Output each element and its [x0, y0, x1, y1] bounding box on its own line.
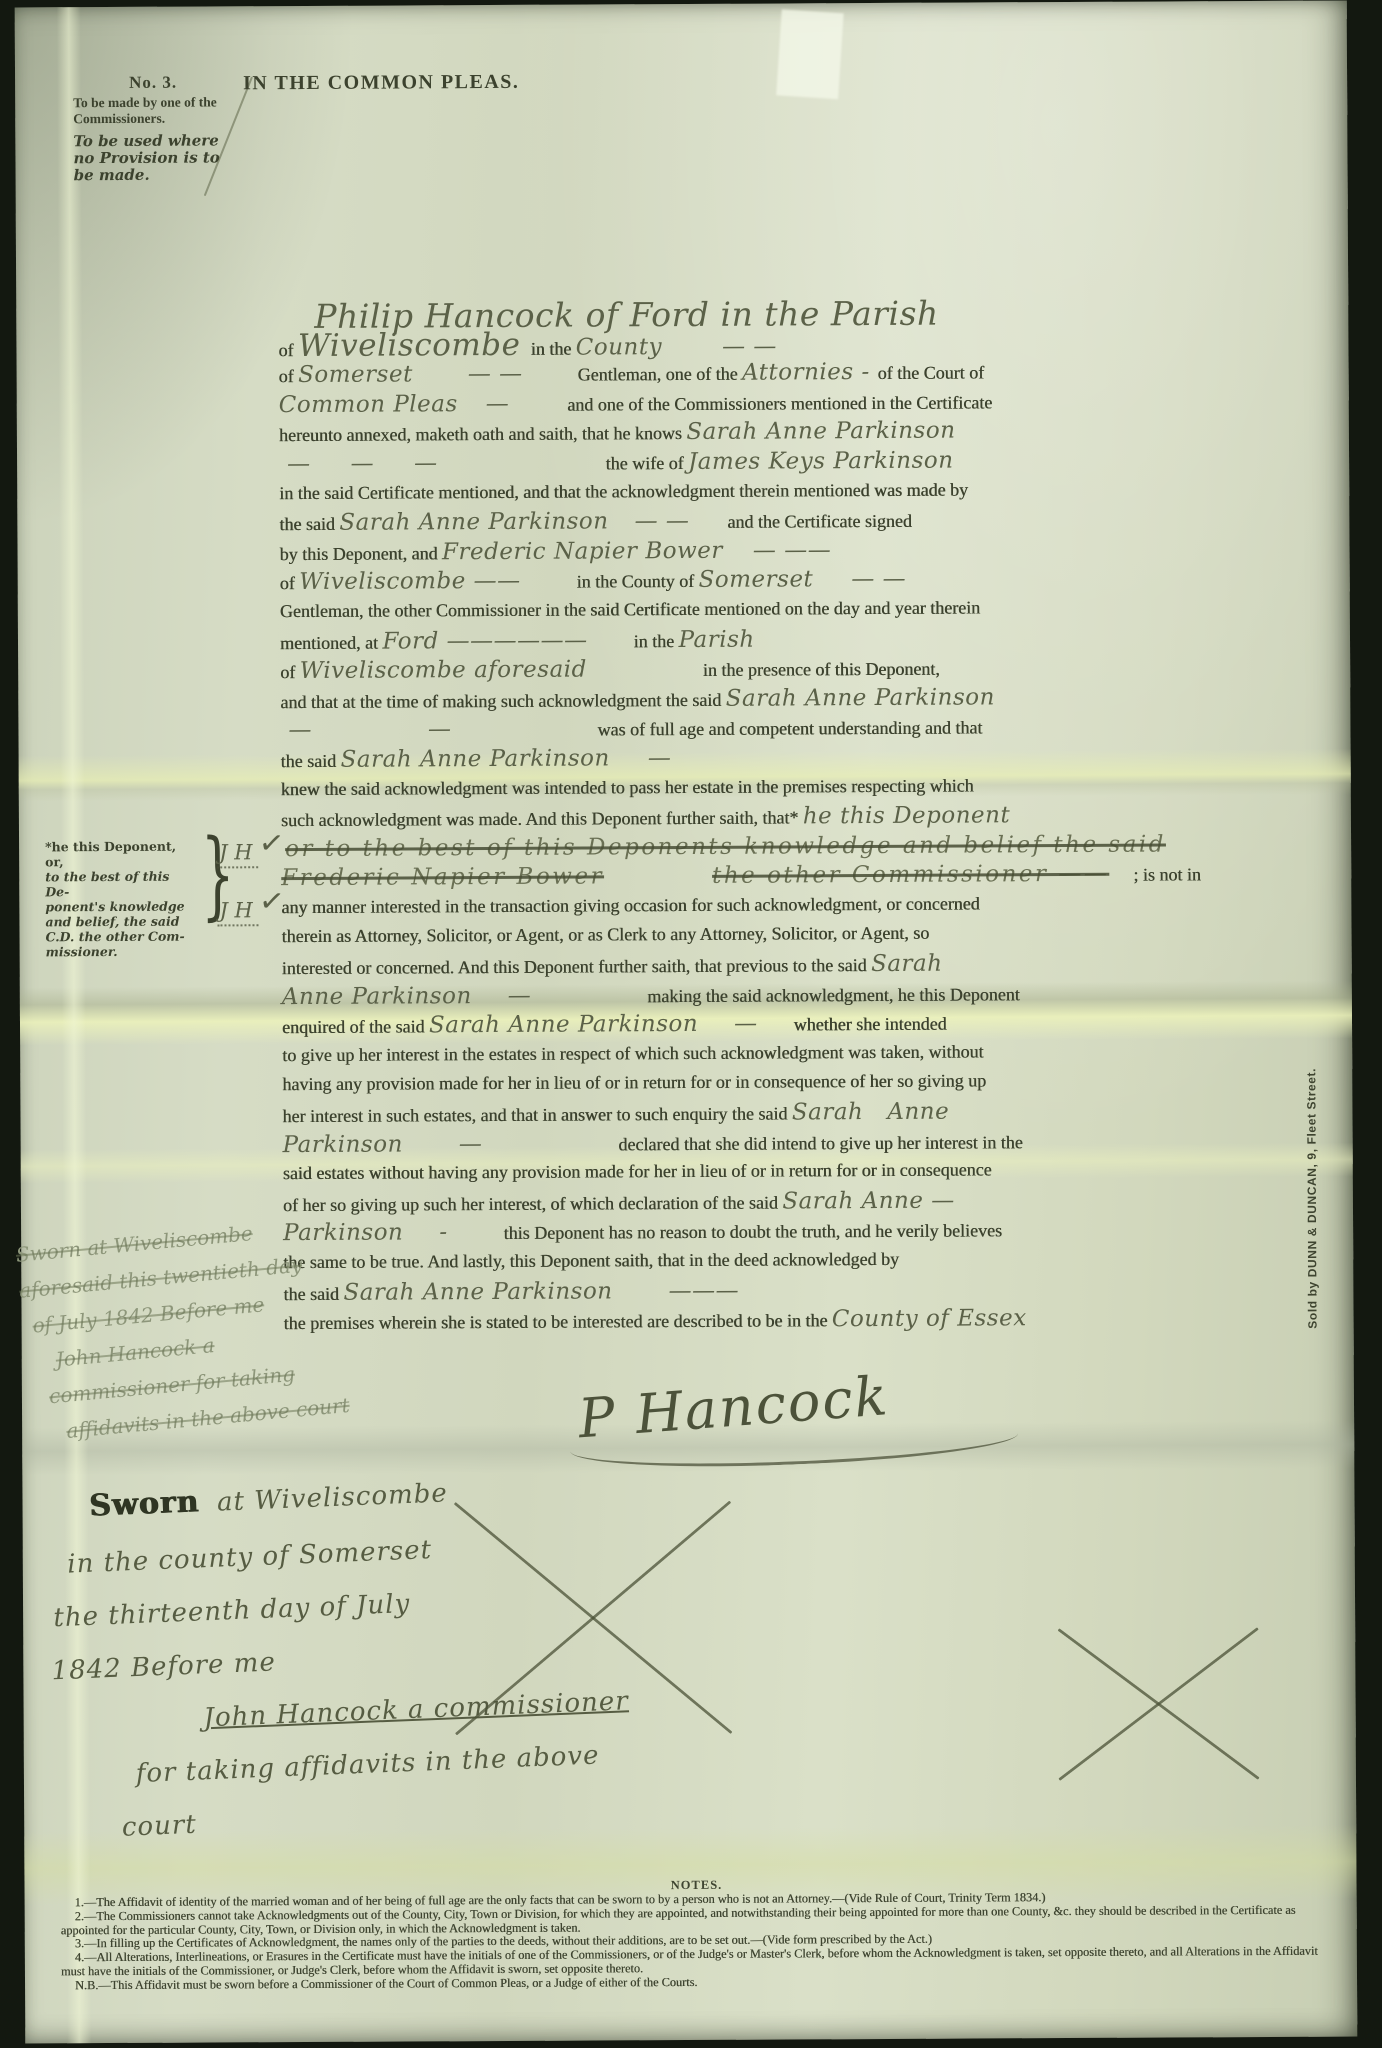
printed-text: any manner interested in the transaction… [281, 893, 979, 917]
printed-text: declared that she did intend to give up … [618, 1132, 1022, 1154]
notes-items: 1.—The Affidavit of identity of the marr… [61, 1890, 1333, 1993]
body-line: Parkinson-this Deponent has no reason to… [283, 1215, 1053, 1249]
body-line: by this Deponent, and Frederic Napier Bo… [279, 535, 1049, 569]
printed-text: the premises wherein she is stated to be… [284, 1310, 832, 1333]
spacer [311, 470, 351, 471]
body-line: of Wiveliscombe aforesaidin the presence… [280, 653, 1050, 687]
notes-section: NOTES. 1.—The Affidavit of identity of t… [60, 1875, 1333, 1993]
spacer [613, 1297, 669, 1298]
handwritten-text: — — [634, 508, 689, 534]
printed-text: hereunto annexed, maketh oath and saith,… [279, 423, 686, 445]
body-line: ———the wife of James Keys Parkinson [287, 446, 1049, 480]
handwritten-text: County [576, 334, 662, 360]
body-line: having any provision made for her in lie… [282, 1068, 1052, 1102]
body-line: Gentleman, the other Commissioner in the… [280, 594, 1050, 628]
handwritten-text: Sarah Anne — [782, 1187, 955, 1214]
handwritten-text: — [428, 717, 452, 743]
spacer [813, 585, 851, 586]
margin-note-line: C.D. the other Com- [46, 929, 196, 945]
handwritten-text: Parkinson [283, 1131, 403, 1158]
handwritten-text: — — [851, 566, 906, 592]
margin-initials: J H✓J H✓ [217, 832, 284, 948]
handwritten-text: Parish [678, 626, 754, 652]
body-line: or to the best of this Deponents knowled… [285, 831, 1051, 865]
spacer [723, 556, 753, 557]
body-line: and that at the time of making such ackn… [280, 683, 1050, 717]
spacer [521, 587, 577, 588]
handwritten-text: - [439, 1220, 447, 1246]
handwritten-text: County of Essex [832, 1305, 1027, 1332]
printed-text: in the presence of this Deponent, [703, 659, 940, 680]
struck-handwritten-text: or to the best of this Deponents knowled… [285, 831, 1166, 862]
spacer [531, 1001, 647, 1003]
body-line: the premises wherein she is stated to be… [283, 1304, 1053, 1338]
spacer [758, 1030, 794, 1031]
parchment-page: No. 3. To be made by one of the Commissi… [15, 1, 1358, 2044]
margin-printed-note: *he this Deponent, or,to the best of thi… [45, 839, 196, 960]
handwritten-text: Somerset [298, 362, 413, 389]
handwritten-text: — [287, 451, 311, 477]
printed-text: of [280, 662, 300, 682]
margin-note-line: and belief, the said [45, 914, 195, 930]
printed-text: knew the said acknowledgment was intende… [281, 775, 974, 799]
handwritten-text: Wiveliscombe —— [299, 568, 521, 595]
handwritten-text: Sarah Anne Parkinson [429, 1011, 698, 1038]
printed-text: to give up her interest in the estates i… [282, 1041, 983, 1065]
body-line: therein as Attorney, Solicitor, or Agent… [281, 920, 1051, 954]
spacer [438, 468, 606, 470]
printed-text: her interest in such estates, and that i… [282, 1103, 791, 1126]
struck-handwritten-text: Frederic Napier Bower [281, 864, 604, 892]
handwritten-text: — — [468, 361, 523, 387]
printed-text: ; is not in [1133, 865, 1201, 885]
body-line: the same to be true. And lastly, this De… [283, 1245, 1053, 1279]
printed-text: and the Certificate signed [727, 511, 912, 532]
handwritten-text: Attornies - [742, 359, 878, 386]
spacer [610, 764, 648, 765]
body-line: ——was of full age and competent understa… [288, 712, 1050, 746]
spacer [698, 1030, 734, 1031]
body-line: Frederic Napier Bowerthe other Commissio… [281, 860, 1051, 894]
form-instruction-1: To be made by one of the Commissioners. [73, 94, 233, 127]
handwritten-text: Sarah Anne Parkinson [341, 745, 610, 772]
body-line: hereunto annexed, maketh oath and saith,… [279, 416, 1049, 450]
spacer [451, 735, 597, 737]
form-number: No. 3. [73, 72, 233, 93]
court-title: IN THE COMMON PLEAS. [243, 71, 519, 95]
handwritten-text: — [648, 745, 672, 771]
check-flourish: ✓ [257, 825, 287, 863]
body-line: knew the said acknowledgment was intende… [281, 772, 1051, 806]
body-line: the said Sarah Anne Parkinson— —and the … [279, 505, 1049, 539]
body-line: Common Pleas—and one of the Commissioner… [279, 387, 1049, 421]
spacer [509, 409, 567, 410]
spacer [403, 1239, 439, 1240]
jurat-place: at Wiveliscombe [216, 1478, 448, 1517]
printed-text: making the said acknowledgment, he this … [647, 984, 1020, 1006]
handwritten-text: James Keys Parkinson [688, 448, 954, 475]
spacer [587, 675, 703, 677]
printed-text: the said [281, 751, 341, 771]
body-line: her interest in such estates, and that i… [282, 1097, 1052, 1131]
spacer [413, 380, 468, 381]
spacer [458, 410, 486, 411]
printed-text: whether she intended [794, 1014, 947, 1035]
printed-text: this Deponent has no reason to doubt the… [504, 1221, 1002, 1244]
printed-text: Gentleman, the other Commissioner in the… [280, 597, 980, 621]
spacer [689, 527, 727, 528]
body-line: of Wiveliscombe in the County— — [278, 328, 1048, 362]
body-line: said estates without having any provisio… [283, 1156, 1053, 1190]
printed-text: mentioned, at [280, 632, 383, 653]
printed-text: such acknowledgment was made. And this D… [281, 807, 803, 830]
handwritten-text: he this Deponent [803, 802, 1011, 829]
body-line: in the said Certificate mentioned, and t… [279, 476, 1049, 510]
printed-text: in the said Certificate mentioned, and t… [279, 479, 968, 503]
sworn-label: Sworn [88, 1484, 199, 1523]
spacer [374, 469, 414, 470]
spacer [482, 1149, 618, 1151]
handwritten-text: Sarah [871, 951, 943, 977]
handwritten-text: Common Pleas [279, 391, 458, 418]
cancelled-margin-jurat: Sworn at Wiveliscombeaforesaid this twen… [14, 1209, 333, 1452]
handwritten-text: — — [722, 333, 777, 359]
form-number-box: No. 3. To be made by one of the Commissi… [73, 72, 234, 184]
handwritten-text: — [508, 982, 532, 1008]
paper-patch [776, 9, 843, 99]
commissioner-initials: J H [217, 840, 259, 868]
initials-row: J H✓ [217, 890, 284, 948]
body-line: of her so giving up such her interest, o… [283, 1186, 1053, 1220]
spacer [588, 646, 634, 647]
printed-text: was of full age and competent understand… [597, 718, 982, 740]
handwritten-text: ——— [669, 1277, 740, 1303]
spacer [472, 1002, 508, 1003]
jurat-lines: in the county of Somersetthe thirteenth … [48, 1516, 634, 1857]
handwritten-text: Sarah Anne Parkinson [343, 1278, 612, 1305]
handwritten-text: Sarah Anne Parkinson [339, 509, 608, 536]
printed-text: having any provision made for her in lie… [282, 1071, 986, 1095]
commissioner-initials: J H [217, 898, 259, 926]
jurat-block: Sworn at Wiveliscombe in the county of S… [46, 1460, 634, 1857]
handwritten-text: Sarah Anne Parkinson [686, 418, 955, 445]
scanned-affidavit-document: { "palette": { "backdrop": "#131810", "i… [0, 0, 1382, 2048]
spacer [604, 882, 712, 884]
body-line: of Wiveliscombe ——in the County of Somer… [280, 564, 1050, 598]
body-line: such acknowledgment was made. And this D… [281, 801, 1051, 835]
affidavit-body: Philip Hancock of Ford in the Parishof W… [278, 298, 1053, 1338]
printed-text: interested or concerned. And this Depone… [282, 955, 871, 978]
handwritten-text: — [486, 391, 510, 417]
body-line: the said Sarah Anne Parkinson——— [283, 1275, 1053, 1309]
printed-text: the said [279, 514, 339, 534]
handwritten-text: — [288, 717, 312, 743]
handwritten-text: Anne Parkinson [282, 983, 472, 1010]
handwritten-text: Anne [887, 1099, 949, 1125]
body-line: any manner interested in the transaction… [281, 890, 1051, 924]
printed-text: in the County of [577, 571, 699, 592]
margin-note-line: missioner. [46, 944, 196, 960]
spacer [312, 736, 428, 738]
handwritten-text: Somerset [699, 567, 814, 594]
initials-row: J H✓ [217, 832, 284, 890]
handwritten-text: — [414, 450, 438, 476]
form-instruction-2: To be used where no Provision is to be m… [73, 132, 233, 184]
spacer [403, 1150, 459, 1151]
printed-text: in the [531, 338, 576, 358]
printed-text: of the Court of [878, 363, 985, 384]
printed-text: said estates without having any provisio… [283, 1160, 992, 1184]
handwritten-text: Wiveliscombe [298, 326, 531, 363]
margin-note-line: ponent's knowledge [45, 899, 195, 915]
check-flourish: ✓ [257, 883, 287, 921]
handwritten-text: — —— [753, 537, 831, 563]
body-line: to give up her interest in the estates i… [282, 1038, 1052, 1072]
printed-text: and one of the Commissioners mentioned i… [567, 392, 992, 414]
body-line: interested or concerned. And this Depone… [282, 949, 1052, 983]
body-line: the said Sarah Anne Parkinson— [281, 742, 1051, 776]
handwritten-text: Sarah [792, 1099, 864, 1125]
printed-text: Gentleman, one of the [578, 364, 743, 385]
handwritten-text: Sarah Anne Parkinson [726, 684, 995, 711]
handwritten-text: — [459, 1131, 483, 1157]
spacer [863, 1118, 887, 1119]
printed-text: by this Deponent, and [279, 543, 442, 564]
body-line: Anne Parkinson—making the said acknowled… [282, 979, 1052, 1013]
handwritten-text: Ford —————— [382, 627, 587, 654]
body-line: Parkinson—declared that she did intend t… [283, 1127, 1053, 1161]
printed-text: therein as Attorney, Solicitor, or Agent… [281, 923, 929, 946]
spacer [448, 1238, 504, 1239]
handwritten-text: Wiveliscombe aforesaid [300, 657, 587, 685]
printed-text: the same to be true. And lastly, this De… [283, 1249, 899, 1272]
cross-out-mark [1033, 1607, 1284, 1798]
printed-text: enquired of the said [282, 1017, 429, 1038]
body-line: of Somerset— —Gentleman, one of the Atto… [279, 357, 1049, 391]
struck-handwritten-text: the other Commissioner —— [712, 861, 1109, 889]
handwritten-text: — [351, 451, 375, 477]
printed-text: the wife of [606, 453, 689, 473]
printed-text: of [278, 340, 298, 360]
spacer [662, 352, 722, 353]
printed-text: and that at the time of making such ackn… [280, 690, 725, 712]
stationer-imprint: Sold by DUNN & DUNCAN, 9, Fleet Street. [1304, 929, 1320, 1329]
body-line: enquired of the said Sarah Anne Parkinso… [282, 1008, 1052, 1042]
body-line: mentioned, at Ford ——————in the Parish [280, 624, 1050, 658]
margin-note-line: to the best of this De- [45, 869, 195, 900]
spacer [1109, 880, 1133, 881]
printed-text: of [280, 573, 300, 593]
spacer [523, 380, 578, 381]
margin-note-line: *he this Deponent, or, [45, 839, 195, 870]
printed-text: of her so giving up such her interest, o… [283, 1192, 782, 1215]
printed-text: of [279, 366, 299, 386]
spacer [609, 527, 635, 528]
handwritten-text: Frederic Napier Bower [442, 538, 723, 565]
printed-text: in the [634, 631, 679, 651]
handwritten-text: — [734, 1011, 758, 1037]
